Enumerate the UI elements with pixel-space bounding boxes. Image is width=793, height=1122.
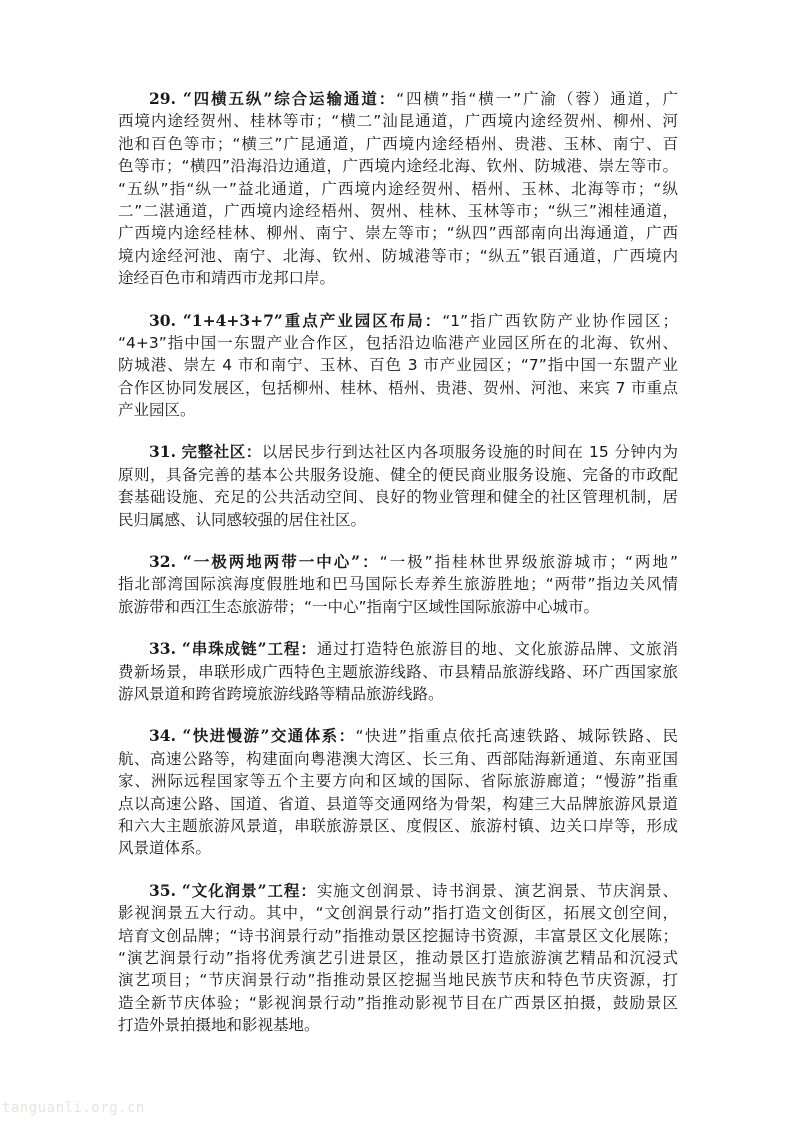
entry-line: 合作区协同发展区，包括柳州、桂林、梧州、贵港、贺州、河池、来宾 7 市重点 [118, 377, 678, 399]
entry-line: 35. “文化润景”工程：实施文创润景、诗书润景、演艺润景、节庆润景、 [118, 880, 678, 902]
entry-term: 完整社区： [181, 442, 261, 461]
entry-line: 旅游带和西江生态旅游带；“一中心”指南宁区域性国际旅游中心城市。 [118, 596, 678, 618]
entry-31: 31. 完整社区：以居民步行到达社区内各项服务设施的时间在 15 分钟内为 原则… [118, 441, 678, 531]
entry-30: 30. “1+4+3+7”重点产业园区布局：“1”指广西钦防产业协作园区； “4… [118, 310, 678, 422]
entry-text: 以居民步行到达社区内各项服务设施的时间在 15 分钟内为 [262, 443, 678, 461]
entry-line: 费新场景，串联形成广西特色主题旅游线路、市县精品旅游线路、环广西国家旅 [118, 661, 678, 683]
entry-line: “五纵”指“纵一”益北通道，广西境内途经贺州、梧州、玉林、北海等市；“纵 [118, 178, 678, 200]
entry-line: 家、洲际远程国家等五个主要方向和区域的国际、省际旅游廊道；“慢游”指重 [118, 770, 678, 792]
entry-line: “演艺润景行动”指将优秀演艺引进景区，推动景区打造旅游演艺精品和沉浸式 [118, 947, 678, 969]
entry-term: “文化润景”工程： [182, 881, 317, 900]
entry-line: 培育文创品牌；“诗书润景行动”指推动景区挖掘诗书资源，丰富景区文化展陈； [118, 925, 678, 947]
entry-number: 29. [149, 89, 176, 108]
entry-line: 原则，具备完善的基本公共服务设施、健全的便民商业服务设施、完备的市政配 [118, 464, 678, 486]
entry-line: 广西境内途经桂林、柳州、南宁、崇左等市；“纵四”西部南向出海通道，广西 [118, 222, 678, 244]
entry-number: 30. [149, 311, 176, 330]
entry-text: “四横”指“横一”广渝（蓉）通道，广 [396, 90, 678, 108]
entry-line: 航、高速公路等，构建面向粤港澳大湾区、长三角、西部陆海新通道、东南亚国 [118, 748, 678, 770]
entry-line: 打造外景拍摄地和影视基地。 [118, 1014, 678, 1036]
entry-line: 29. “四横五纵”综合运输通道：“四横”指“横一”广渝（蓉）通道，广 [118, 88, 678, 110]
entry-number: 35. [149, 881, 176, 900]
entry-line: 池和百色等市；“横三”广昆通道，广西境内途经梧州、贵港、玉林、南宁、百 [118, 133, 678, 155]
entry-line: 点以高速公路、国道、省道、县道等交通网络为骨架，构建三大品牌旅游风景道 [118, 793, 678, 815]
entry-text: “一极”指桂林世界级旅游城市；“两地” [380, 553, 678, 571]
entry-term: “1+4+3+7”重点产业园区布局： [183, 311, 442, 330]
entry-line: 30. “1+4+3+7”重点产业园区布局：“1”指广西钦防产业协作园区； [118, 310, 678, 332]
entry-term: “串珠成链”工程： [182, 639, 317, 658]
entry-number: 31. [149, 442, 176, 461]
entry-line: 游风景道和跨省跨境旅游线路等精品旅游线路。 [118, 683, 678, 705]
entry-line: 影视润景五大行动。其中，“文创润景行动”指打造文创街区，拓展文创空间， [118, 902, 678, 924]
entry-number: 32. [149, 552, 176, 571]
watermark-text: tanguanli.org.cn [2, 1100, 145, 1116]
entry-line: 二”二湛通道，广西境内途经梧州、贺州、桂林、玉林等市；“纵三”湘桂通道， [118, 200, 678, 222]
entry-35: 35. “文化润景”工程：实施文创润景、诗书润景、演艺润景、节庆润景、 影视润景… [118, 880, 678, 1037]
entry-line: 32. “一极两地两带一中心”：“一极”指桂林世界级旅游城市；“两地” [118, 551, 678, 573]
entry-34: 34. “快进慢游”交通体系：“快进”指重点依托高速铁路、城际铁路、民 航、高速… [118, 725, 678, 859]
entry-line: 造全新节庆体验；“影视润景行动”指推动影视节目在广西景区拍摄，鼓励景区 [118, 992, 678, 1014]
entry-number: 33. [149, 639, 176, 658]
entry-term: “快进慢游”交通体系： [182, 726, 355, 745]
entry-line: 34. “快进慢游”交通体系：“快进”指重点依托高速铁路、城际铁路、民 [118, 725, 678, 747]
entry-line: 色等市；“横四”沿海沿边通道，广西境内途经北海、钦州、防城港、崇左等市。 [118, 155, 678, 177]
entry-number: 34. [149, 726, 176, 745]
entry-line: 套基础设施、充足的公共活动空间、良好的物业管理和健全的社区管理机制，居 [118, 486, 678, 508]
entry-term: “四横五纵”综合运输通道： [183, 89, 396, 108]
entry-line: 境内途经河池、南宁、北海、钦州、防城港等市；“纵五”银百通道，广西境内 [118, 245, 678, 267]
entry-line: 防城港、崇左 4 市和南宁、玉林、百色 3 市产业园区；“7”指中国一东盟产业 [118, 354, 678, 376]
entry-line: 31. 完整社区：以居民步行到达社区内各项服务设施的时间在 15 分钟内为 [118, 441, 678, 463]
entry-text: “快进”指重点依托高速铁路、城际铁路、民 [356, 727, 678, 745]
entry-33: 33. “串珠成链”工程：通过打造特色旅游目的地、文化旅游品牌、文旅消 费新场景… [118, 638, 678, 705]
entry-line: 指北部湾国际滨海度假胜地和巴马国际长寿养生旅游胜地；“两带”指边关风情 [118, 573, 678, 595]
entry-29: 29. “四横五纵”综合运输通道：“四横”指“横一”广渝（蓉）通道，广 西境内途… [118, 88, 678, 290]
entry-line: 西境内途经贺州、桂林等市；“横二”汕昆通道，广西境内途经贺州、柳州、河 [118, 110, 678, 132]
entry-line: “4+3”指中国一东盟产业合作区，包括沿边临港产业园区所在的北海、钦州、 [118, 332, 678, 354]
entry-line: 演艺项目；“节庆润景行动”指推动景区挖掘当地民族节庆和特色节庆资源，打 [118, 969, 678, 991]
entry-text: 通过打造特色旅游目的地、文化旅游品牌、文旅消 [317, 640, 678, 658]
entry-line: 产业园区。 [118, 399, 678, 421]
entry-32: 32. “一极两地两带一中心”：“一极”指桂林世界级旅游城市；“两地” 指北部湾… [118, 551, 678, 618]
entry-line: 途经百色市和靖西市龙邦口岸。 [118, 267, 678, 289]
entry-line: 民归属感、认同感较强的居住社区。 [118, 509, 678, 531]
entry-term: “一极两地两带一中心”： [183, 552, 380, 571]
entry-text: “1”指广西钦防产业协作园区； [442, 312, 678, 330]
document-page: 29. “四横五纵”综合运输通道：“四横”指“横一”广渝（蓉）通道，广 西境内途… [118, 88, 678, 1056]
entry-text: 实施文创润景、诗书润景、演艺润景、节庆润景、 [317, 882, 678, 900]
entry-line: 风景道体系。 [118, 837, 678, 859]
entry-line: 33. “串珠成链”工程：通过打造特色旅游目的地、文化旅游品牌、文旅消 [118, 638, 678, 660]
entry-line: 和六大主题旅游风景道，串联旅游景区、度假区、旅游村镇、边关口岸等，形成 [118, 815, 678, 837]
